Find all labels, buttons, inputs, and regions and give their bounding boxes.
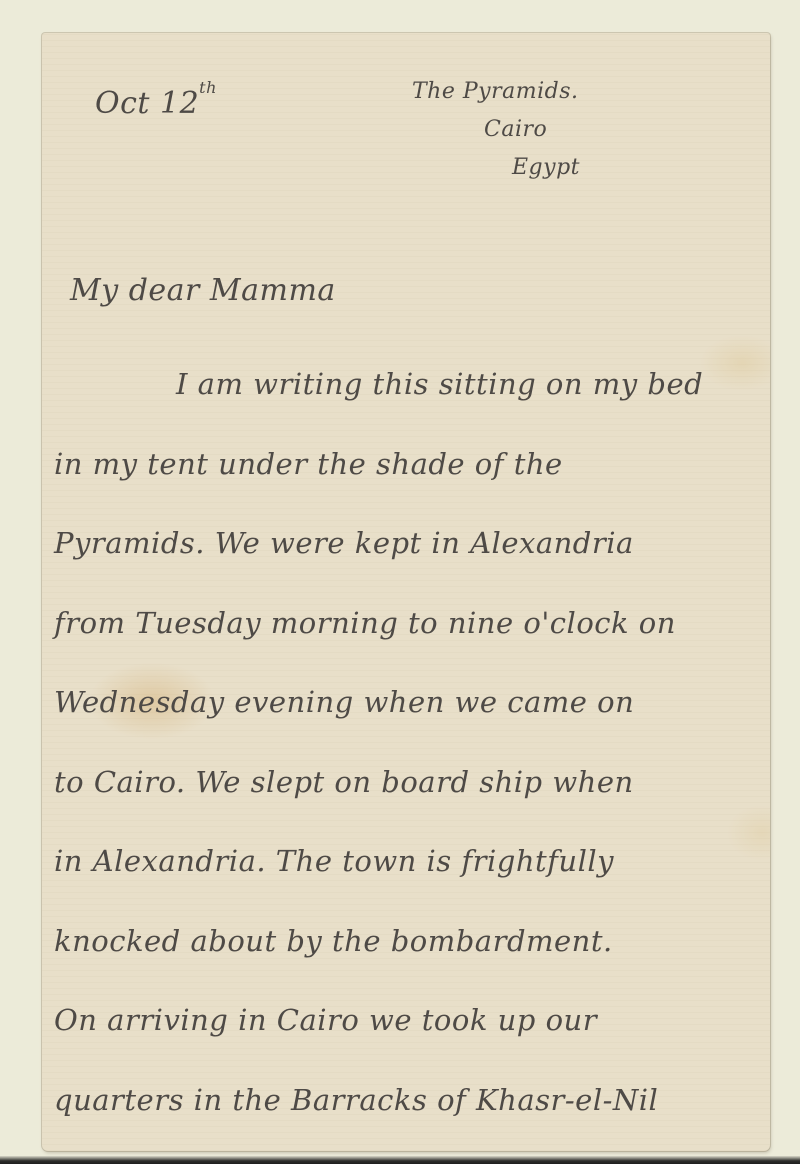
body-line: Pyramids. We were kept in Alexandria — [54, 504, 703, 584]
body-line: On arriving in Cairo we took up our — [54, 981, 703, 1061]
body-line: I am writing this sitting on my bed — [54, 345, 703, 425]
body-line: in my tent under the shade of the — [54, 425, 703, 505]
address-line: The Pyramids. — [412, 73, 580, 111]
date-suffix: th — [199, 78, 217, 97]
letter-address: The Pyramids. Cairo Egypt — [412, 73, 580, 187]
body-line: knocked about by the bombardment. — [54, 902, 703, 982]
body-line: quarters in the Barracks of Khasr-el-Nil — [54, 1061, 703, 1141]
salutation: My dear Mamma — [70, 273, 336, 308]
address-line: Cairo — [412, 111, 580, 149]
address-line: Egypt — [412, 149, 580, 187]
body-line: Wednesday evening when we came on — [54, 663, 703, 743]
scan-bottom-edge — [0, 1156, 800, 1164]
date-text: Oct 12 — [95, 86, 199, 121]
body-line: to Cairo. We slept on board ship when — [54, 743, 703, 823]
letter-body: I am writing this sitting on my bed in m… — [54, 345, 703, 1140]
letter-page: Oct 12th The Pyramids. Cairo Egypt My de… — [42, 33, 770, 1151]
body-line: from Tuesday morning to nine o'clock on — [54, 584, 703, 664]
body-line: in Alexandria. The town is frightfully — [54, 822, 703, 902]
letter-date: Oct 12th — [95, 78, 217, 121]
